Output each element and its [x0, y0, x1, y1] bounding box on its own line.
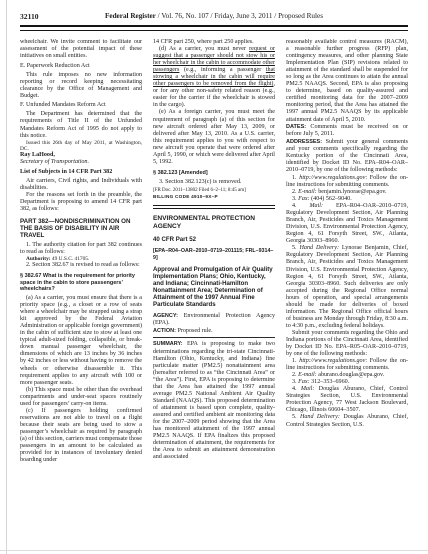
text-run: Authority: — [26, 256, 51, 262]
paragraph: The Department has determined that the r… — [20, 111, 142, 139]
method-item: 1. http://www.regulations.gov: Follow th… — [286, 358, 408, 372]
method-item: 5. Hand Delivery: Lynorae Benjamin, Chie… — [286, 245, 408, 330]
signature-title: Secretary of Transportation. — [20, 159, 142, 166]
text-run: Hand Delivery: — [300, 414, 340, 420]
rule-divider — [153, 337, 275, 338]
text-columns: wheelchair. We invite comment to facilit… — [20, 39, 408, 541]
regulatory-text: (d) As a carrier, you must never request… — [153, 46, 275, 109]
dates: DATES: Comments must be received on or b… — [286, 124, 408, 138]
method-item: 2. E-mail: benjamin.lynorae@epa.gov. — [286, 189, 408, 196]
text-run: E-mail: — [298, 189, 317, 195]
field-label: ADDRESSES: — [286, 139, 322, 145]
text-run: EPA–R04–OAR–2010–0719, Regulatory Develo… — [286, 203, 408, 244]
paragraph: Submit your comments regarding the Ohio … — [286, 330, 408, 358]
amendment-instruction: 1. The authority citation for part 382 c… — [20, 242, 142, 256]
header-double-rule — [20, 25, 408, 31]
page-number: 32110 — [20, 10, 39, 23]
text-run: 49 U.S.C. 41705. — [51, 256, 90, 262]
agency-name: ENVIRONMENTAL PROTECTION AGENCY — [153, 215, 275, 230]
running-head-title: Federal Register / Vol. 76, No. 107 / Fr… — [20, 10, 408, 23]
section-heading: § 382.123 [Amended] — [153, 170, 275, 176]
continuation-paragraph: reasonably available control measures (R… — [286, 39, 408, 124]
paragraph: Air carriers, Civil rights, and Individu… — [20, 178, 142, 192]
federal-register-page: { "header": { "page_number": "32110", "t… — [0, 0, 428, 554]
text-run: Fax: — [298, 196, 310, 202]
billing-code: BILLING CODE 4910–9X–P — [153, 194, 275, 200]
field-label: AGENCY: — [153, 313, 178, 319]
amendment-instruction: 3. Section 382.123(c) is removed. — [153, 179, 275, 186]
text-run: benjamin.lynorae@epa.gov. — [317, 189, 387, 195]
subsection-heading: E. Paperwork Reduction Act — [20, 63, 142, 70]
method-item: 5. Hand Delivery: Douglas Aburano, Chief… — [286, 414, 408, 428]
column-1: wheelchair. We invite comment to facilit… — [20, 39, 142, 541]
field-label: SUMMARY: — [153, 341, 183, 347]
text-run: http://www.regulations.gov — [299, 175, 365, 181]
field-label: DATES: — [286, 124, 306, 130]
part-heading: PART 382—NONDISCRIMINATION ON THE BASIS … — [20, 218, 142, 239]
field-label: ACTION: — [153, 328, 176, 334]
paragraph: For the reasons set forth in the preambl… — [20, 192, 142, 213]
section-heading: § 382.67 What is the requirement for pri… — [20, 273, 142, 292]
text-run: 4. — [292, 203, 309, 209]
method-item: 4. Mail: EPA–R04–OAR–2010–0719, Regulato… — [286, 203, 408, 245]
list-of-subjects-heading: List of Subjects in 14 CFR Part 382 — [20, 169, 142, 176]
text-run: 4. — [292, 386, 301, 392]
text-run: (d) As a carrier, you must never — [159, 46, 249, 52]
text-run: Mail: — [301, 386, 315, 392]
regulatory-text: (c) If passengers holding confirmed rese… — [20, 408, 142, 464]
method-item: 3. Fax: (404) 562–9040. — [286, 196, 408, 203]
method-item: 4. Mail: Douglas Aburano, Chief, Control… — [286, 386, 408, 414]
column-2: 14 CFR part 250, where part 250 applies.… — [153, 39, 275, 541]
addresses: ADDRESSES: Submit your general comments … — [286, 139, 408, 174]
text-run: 5. — [292, 414, 300, 420]
text-run: E-mail: — [298, 372, 317, 378]
paragraph: This rule imposes no new information rep… — [20, 72, 142, 100]
text-run: 5. — [292, 245, 300, 251]
summary: SUMMARY: EPA is proposing to make two de… — [153, 341, 275, 461]
text-run: http://www.regulations.gov — [299, 358, 365, 364]
regulatory-text: (e) As a foreign carrier, you must meet … — [153, 109, 275, 165]
page-sheet: 32110 Federal Register / Vol. 76, No. 10… — [20, 10, 408, 541]
issued-note: Issued this 26th day of May 2011, at Was… — [20, 140, 142, 153]
page-edge-shadow-bottom — [0, 550, 428, 551]
text-run: Lynorae Benjamin, Chief, Regulatory Deve… — [286, 245, 408, 329]
text-run: Fax: — [298, 379, 310, 385]
text-run: aburano.douglas@epa.gov. — [317, 372, 385, 378]
text-run: 312–353–6960. — [310, 379, 350, 385]
document-title: Approval and Promulgation of Air Quality… — [153, 266, 275, 308]
running-head: 32110 Federal Register / Vol. 76, No. 10… — [20, 10, 408, 23]
column-3: reasonably available control measures (R… — [286, 39, 408, 541]
agency-line: AGENCY: Environmental Protection Agency … — [153, 313, 275, 327]
regulatory-text: (a) As a carrier, you must ensure that t… — [20, 295, 142, 387]
method-item: 2. E-mail: aburano.douglas@epa.gov. — [286, 372, 408, 379]
continuation-paragraph: wheelchair. We invite comment to facilit… — [20, 39, 142, 60]
publication-name: Federal Register — [105, 12, 156, 20]
text-run: (404) 562–9040. — [310, 196, 352, 202]
regulatory-text: (b) This space must be other than the ov… — [20, 387, 142, 408]
method-item: 1. http://www.regulations.gov: Follow th… — [286, 175, 408, 189]
text-run: Mail: — [309, 203, 323, 209]
docket-numbers: [EPA–R04–OAR–2010–0719–201115; FRL–9314–… — [153, 248, 275, 261]
document-divider — [153, 205, 275, 209]
text-run: (e.g., informing a passenger — [179, 67, 265, 73]
cfr-part-heading: 40 CFR Part 52 — [153, 236, 275, 243]
amendment-instruction: 2. Section 382.67 is revised to read as … — [20, 262, 142, 269]
action-line: ACTION: Proposed rule. — [153, 328, 275, 335]
subsection-heading: F. Unfunded Mandates Reform Act — [20, 102, 142, 109]
issue-info: / Vol. 76, No. 107 / Friday, June 3, 201… — [156, 12, 323, 20]
page-edge-shadow-left — [6, 0, 7, 554]
text-run: Hand Delivery: — [300, 245, 339, 251]
continuation-paragraph: 14 CFR part 250, where part 250 applies. — [153, 39, 275, 46]
